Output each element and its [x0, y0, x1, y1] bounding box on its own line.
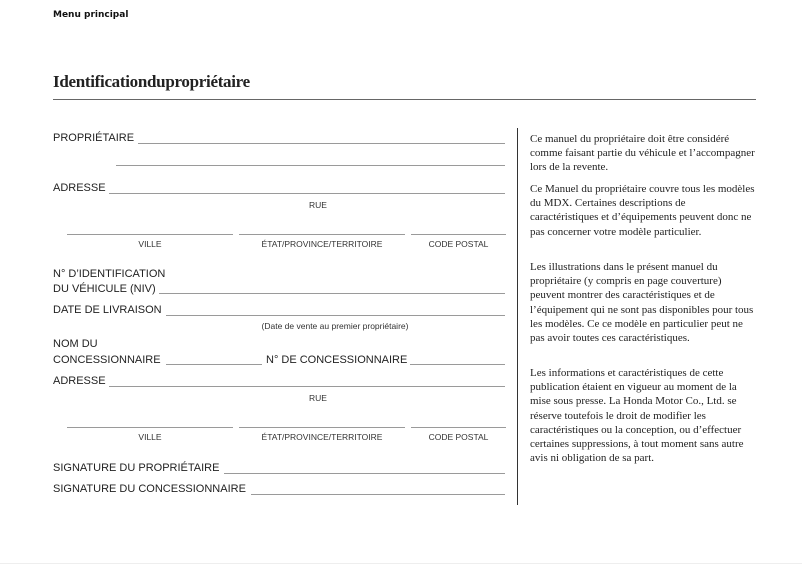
owner-state-caption: ÉTAT/PROVINCE/TERRITOIRE: [239, 239, 405, 249]
page-title: Identificationdupropriétaire: [53, 72, 250, 92]
owner-postal-field[interactable]: [411, 234, 506, 235]
dealer-street-field[interactable]: [109, 386, 505, 387]
owner-city-field[interactable]: [67, 234, 233, 235]
dealer-number-field[interactable]: [410, 364, 505, 365]
dealer-state-field[interactable]: [239, 427, 405, 428]
dealer-street-caption: RUE: [300, 393, 336, 403]
dealer-number-label: N° DE CONCESSIONNAIRE: [266, 354, 407, 366]
column-divider: [517, 128, 518, 505]
owner-street-field[interactable]: [109, 193, 505, 194]
dealer-postal-caption: CODE POSTAL: [411, 432, 506, 442]
vin-label-line2: DU VÉHICULE (NIV): [53, 283, 156, 295]
dealer-signature-field[interactable]: [251, 494, 505, 495]
title-divider: [53, 99, 756, 100]
owner-state-field[interactable]: [239, 234, 405, 235]
owner-signature-label: SIGNATURE DU PROPRIÉTAIRE: [53, 462, 219, 474]
owner-city-caption: VILLE: [67, 239, 233, 249]
note-paragraph-2: Ce Manuel du propriétaire couvre tous le…: [530, 182, 755, 239]
vin-label-line1: N° D’IDENTIFICATION: [53, 268, 165, 280]
owner-label: PROPRIÉTAIRE: [53, 132, 134, 144]
owner-postal-caption: CODE POSTAL: [411, 239, 506, 249]
dealer-address-label: ADRESSE: [53, 375, 106, 387]
note-paragraph-1: Ce manuel du propriétaire doit être cons…: [530, 132, 755, 175]
delivery-date-caption: (Date de vente au premier propriétaire): [230, 321, 440, 331]
owner-address-label: ADRESSE: [53, 182, 106, 194]
dealer-name-label-line2: CONCESSIONNAIRE: [53, 354, 161, 366]
owner-name-field[interactable]: [138, 143, 505, 144]
owner-signature-field[interactable]: [224, 473, 505, 474]
delivery-date-field[interactable]: [166, 315, 505, 316]
vin-field[interactable]: [159, 293, 505, 294]
note-paragraph-3: Les illustrations dans le présent manuel…: [530, 260, 755, 345]
dealer-postal-field[interactable]: [411, 427, 506, 428]
dealer-name-field[interactable]: [166, 364, 262, 365]
main-menu-link[interactable]: Menu principal: [53, 10, 128, 20]
page-bottom-edge: [0, 563, 802, 564]
dealer-signature-label: SIGNATURE DU CONCESSIONNAIRE: [53, 483, 246, 495]
note-paragraph-4: Les informations et caractéristiques de …: [530, 366, 755, 465]
dealer-name-label-line1: NOM DU: [53, 338, 98, 350]
dealer-city-caption: VILLE: [67, 432, 233, 442]
dealer-state-caption: ÉTAT/PROVINCE/TERRITOIRE: [239, 432, 405, 442]
delivery-date-label: DATE DE LIVRAISON: [53, 304, 162, 316]
dealer-city-field[interactable]: [67, 427, 233, 428]
owner-street-caption: RUE: [300, 200, 336, 210]
owner-name-field-2[interactable]: [116, 165, 505, 166]
